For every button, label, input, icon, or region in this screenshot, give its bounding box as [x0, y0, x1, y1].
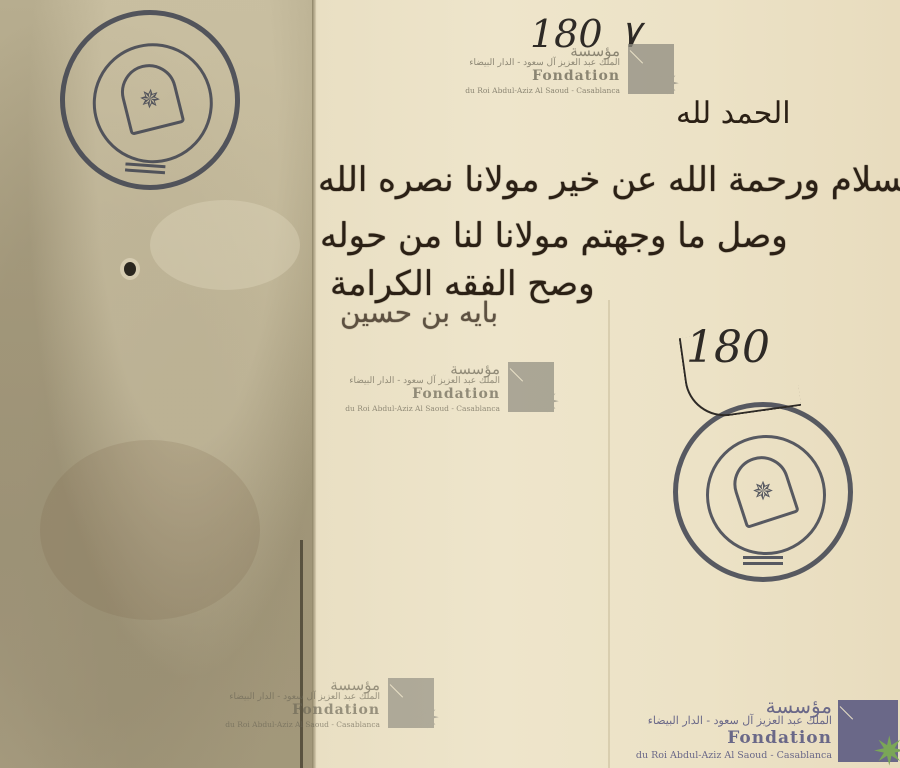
watermark-arabic-subtitle: الملك عبد العزيز آل سعود - الدار البيضاء	[648, 714, 832, 727]
watermark-arabic-subtitle: الملك عبد العزيز آل سعود - الدار البيضاء	[469, 58, 620, 68]
octagram-star-icon: ✵	[749, 478, 777, 506]
watermark-french-title: Fondation	[292, 702, 380, 718]
watermark-french-subtitle: du Roi Abdul-Aziz Al Saoud - Casablanca	[465, 86, 620, 95]
water-stain	[40, 440, 260, 620]
letter-line-2: وصل ما وجهتم مولانا لنا من حوله	[320, 216, 788, 256]
foundation-logo-icon: ✷	[628, 44, 674, 94]
scanned-document-page: ✵ ✵ 180 ٧ 180 الحمد لله وعليكم السلام ور…	[0, 0, 900, 768]
letter-line-1: وعليكم السلام ورحمة الله عن خير مولانا ن…	[318, 160, 900, 200]
foundation-logo-icon: ✷	[508, 362, 554, 412]
watermark-french-subtitle: du Roi Abdul-Aziz Al Saoud - Casablanca	[225, 720, 380, 729]
watermark-top: مؤسسة الملك عبد العزيز آل سعود - الدار ا…	[462, 42, 678, 102]
letter-heading: الحمد لله	[676, 96, 791, 131]
watermark-arabic-subtitle: الملك عبد العزيز آل سعود - الدار البيضاء	[349, 376, 500, 386]
seal-stamp-right: ✵	[673, 402, 853, 582]
watermark-arabic-subtitle: الملك عبد العزيز آل سعود - الدار البيضاء	[229, 692, 380, 702]
watermark-french-title: Fondation	[412, 386, 500, 402]
watermark-bottom-left: مؤسسة الملك عبد العزيز آل سعود - الدار ا…	[222, 676, 438, 736]
watermark-bottom-right: مؤسسة الملك عبد العزيز آل سعود - الدار ا…	[636, 694, 900, 768]
crease-faint	[608, 300, 610, 768]
watermark-french-subtitle: du Roi Abdul-Aziz Al Saoud - Casablanca	[636, 750, 832, 761]
light-stain	[150, 200, 300, 290]
archive-number-flourish	[679, 323, 802, 422]
letter-signature: بايه بن حسين	[340, 296, 498, 329]
seal-bars	[743, 556, 783, 559]
worm-hole	[124, 262, 136, 276]
watermark-french-subtitle: du Roi Abdul-Aziz Al Saoud - Casablanca	[345, 404, 500, 413]
octagram-star-icon: ✵	[135, 85, 165, 115]
foundation-logo-icon: ✷	[388, 678, 434, 728]
watermark-french-title: Fondation	[727, 728, 832, 748]
watermark-middle: مؤسسة الملك عبد العزيز آل سعود - الدار ا…	[342, 360, 558, 420]
seal-bars	[125, 162, 165, 168]
fold-line	[312, 0, 316, 768]
foundation-logo-icon: ✷	[838, 700, 898, 762]
watermark-french-title: Fondation	[532, 68, 620, 84]
